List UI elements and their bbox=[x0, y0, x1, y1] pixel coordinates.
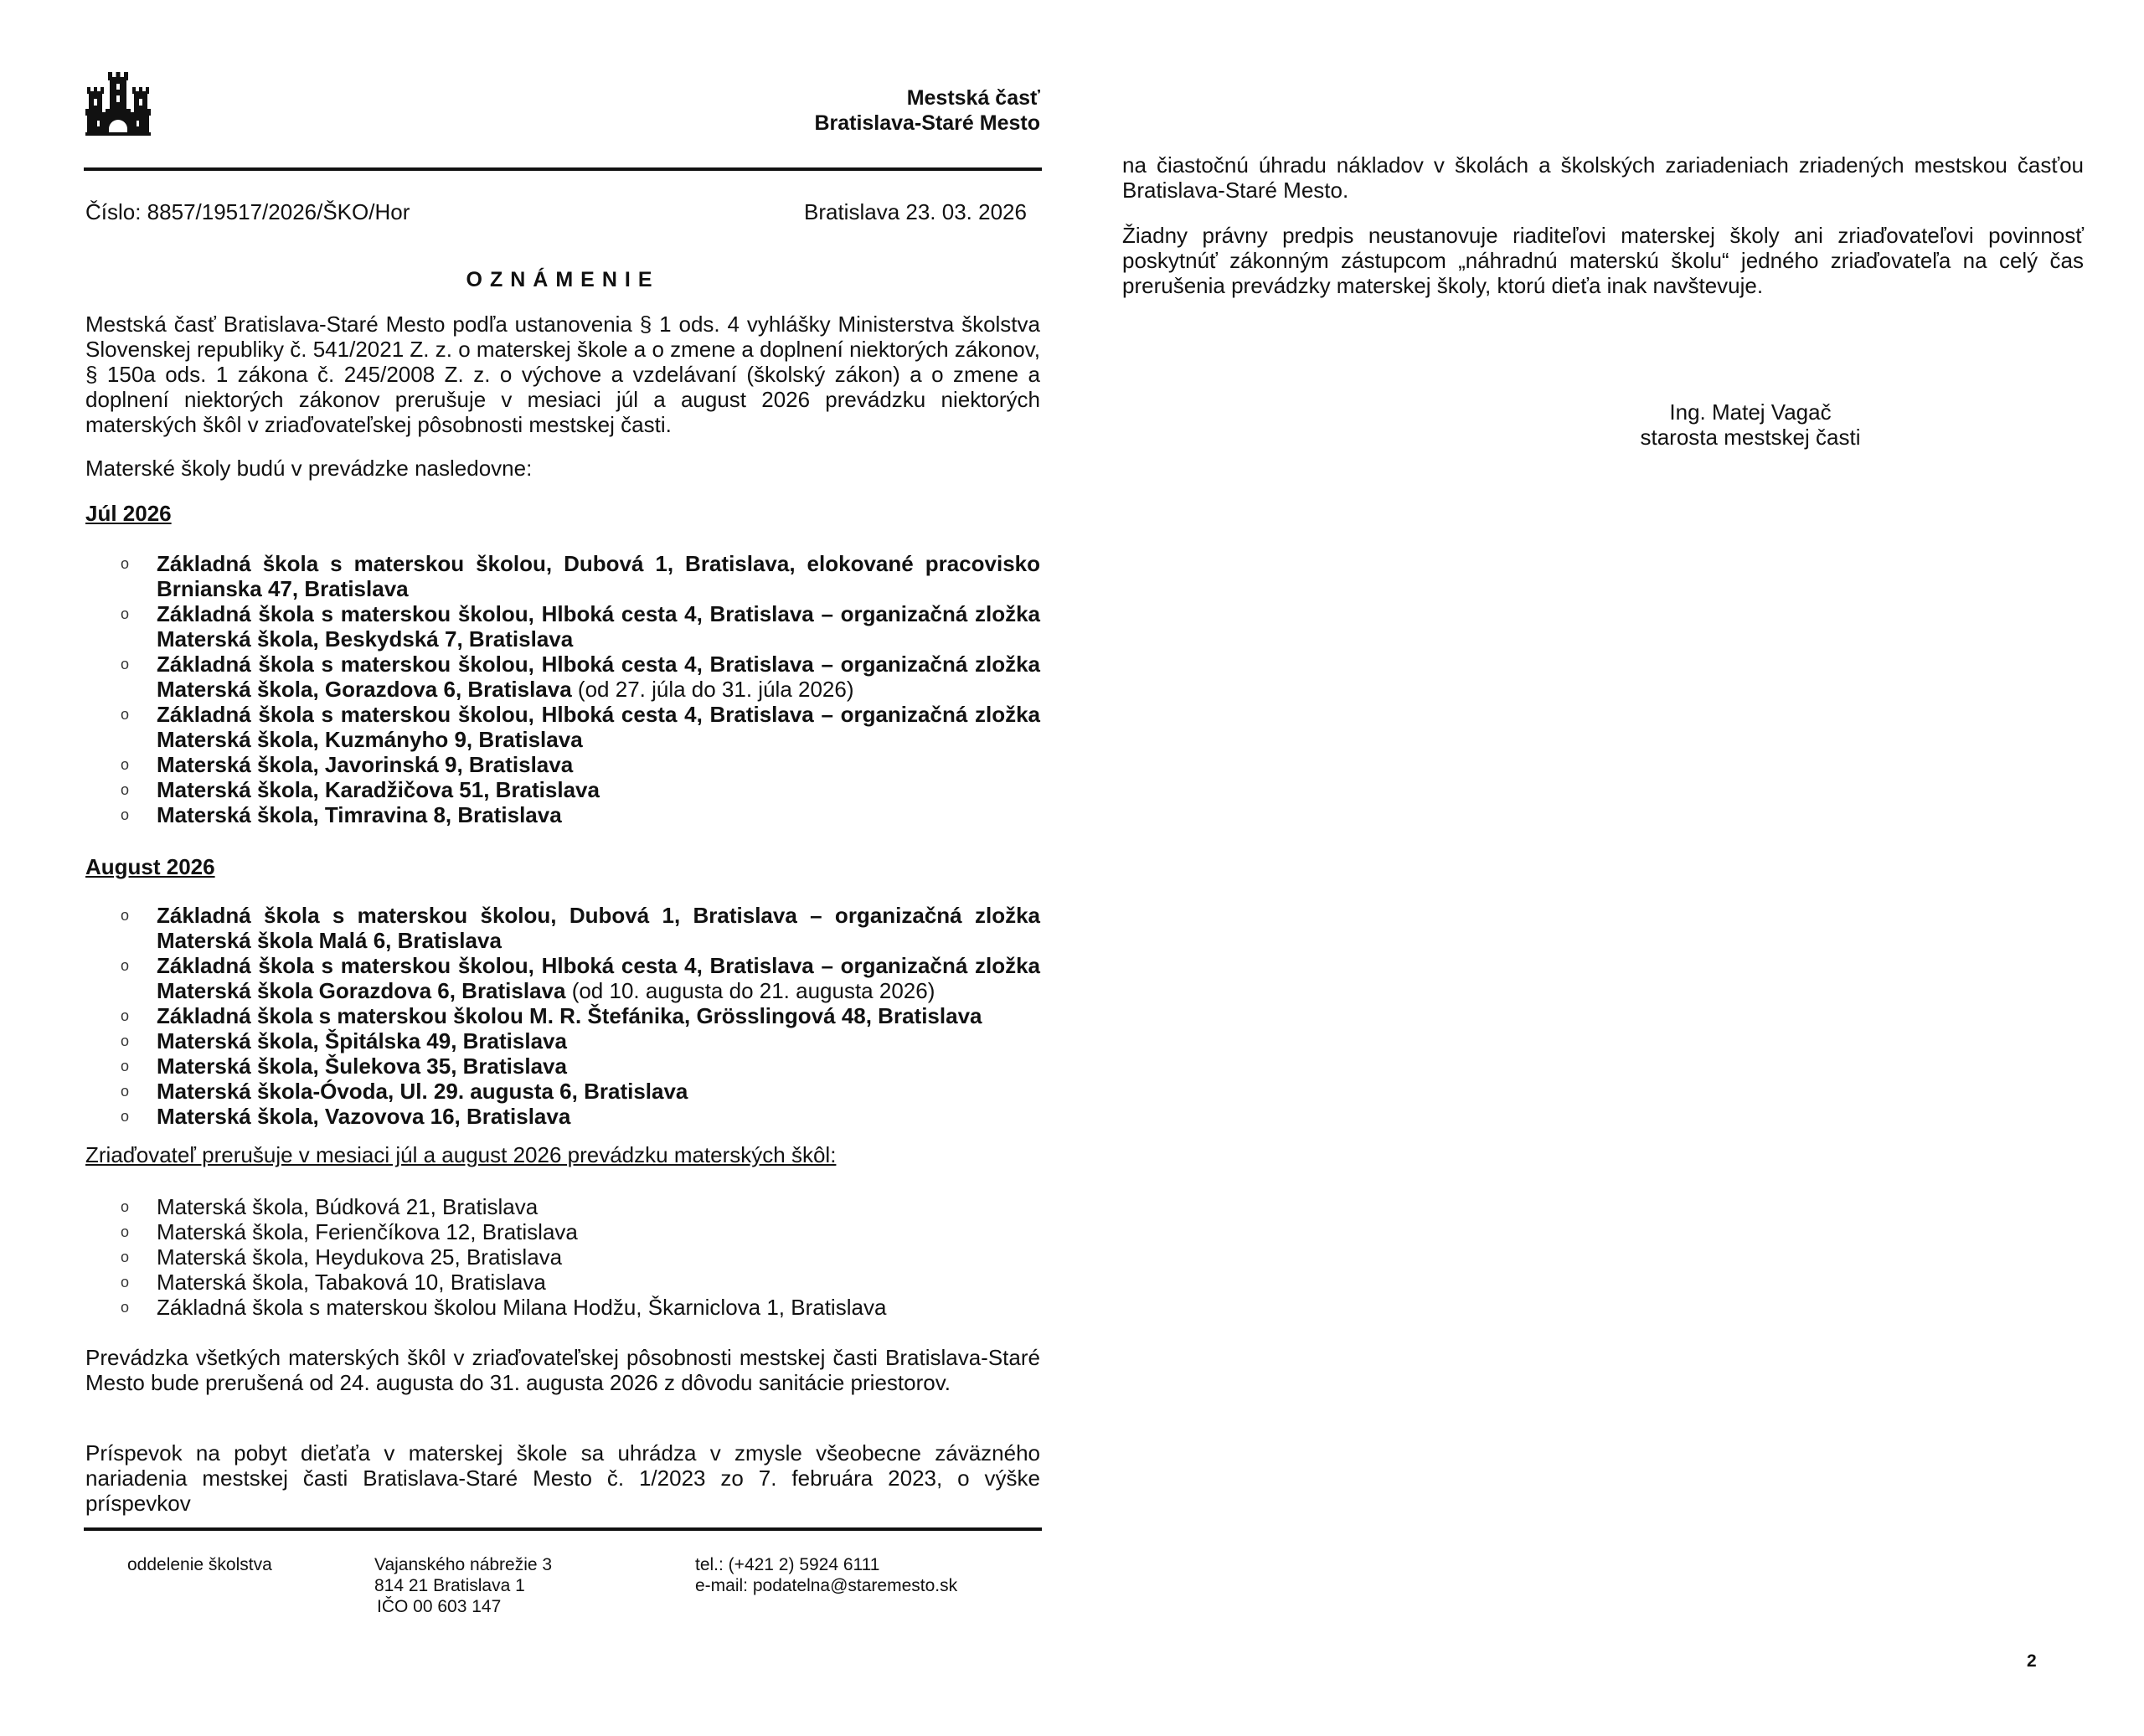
august-school-list: oZákladná škola s materskou školou, Dubo… bbox=[85, 903, 1040, 1129]
footer-ico: IČO 00 603 147 bbox=[374, 1596, 552, 1617]
section-heading-july: Júl 2026 bbox=[85, 501, 172, 527]
footer-divider bbox=[84, 1527, 1042, 1531]
castle-icon bbox=[84, 70, 152, 136]
list-item: oMaterská škola, Karadžičova 51, Bratisl… bbox=[85, 777, 1040, 802]
school-name: Materská škola, Tabaková 10, Bratislava bbox=[157, 1270, 546, 1295]
school-name: Materská škola, Javorinská 9, Bratislava bbox=[157, 752, 573, 777]
organization-name: Mestská časť Bratislava-Staré Mesto bbox=[814, 85, 1040, 136]
school-name: Materská škola, Karadžičova 51, Bratisla… bbox=[157, 777, 600, 802]
bullet-icon: o bbox=[121, 1104, 129, 1129]
date-range-note: (od 27. júla do 31. júla 2026) bbox=[572, 677, 854, 702]
bullet-icon: o bbox=[121, 777, 129, 802]
bullet-icon: o bbox=[121, 1244, 129, 1270]
bullet-icon: o bbox=[121, 752, 129, 777]
org-line-2: Bratislava-Staré Mesto bbox=[814, 111, 1040, 136]
signature-block: Ing. Matej Vagač starosta mestskej časti bbox=[1591, 399, 1909, 450]
bullet-icon: o bbox=[121, 702, 129, 727]
list-item: oMaterská škola, Tabaková 10, Bratislava bbox=[85, 1270, 1040, 1295]
bullet-icon: o bbox=[121, 652, 129, 677]
school-name: Materská škola, Ferienčíkova 12, Bratisl… bbox=[157, 1219, 578, 1244]
school-name: Základná škola s materskou školou, Dubov… bbox=[157, 903, 1040, 953]
list-item: oZákladná škola s materskou školou M. R.… bbox=[85, 1003, 1040, 1028]
bullet-icon: o bbox=[121, 1295, 129, 1320]
list-item: oMaterská škola, Heydukova 25, Bratislav… bbox=[85, 1244, 1040, 1270]
footer-email[interactable]: e-mail: podatelna@staremesto.sk bbox=[695, 1575, 957, 1596]
list-item: oZákladná škola s materskou školou, Dubo… bbox=[85, 551, 1040, 601]
list-item: oMaterská škola, Vazovova 16, Bratislava bbox=[85, 1104, 1040, 1129]
fee-paragraph-part2: na čiastočnú úhradu nákladov v školách a… bbox=[1122, 152, 2084, 203]
page-number: 2 bbox=[2027, 1651, 2037, 1672]
list-item: oZákladná škola s materskou školou, Dubo… bbox=[85, 903, 1040, 953]
july-school-list: oZákladná škola s materskou školou, Dubo… bbox=[85, 551, 1040, 827]
no-obligation-paragraph: Žiadny právny predpis neustanovuje riadi… bbox=[1122, 223, 2084, 298]
bullet-icon: o bbox=[121, 802, 129, 827]
school-name: Materská škola, Timravina 8, Bratislava bbox=[157, 802, 562, 827]
bullet-icon: o bbox=[121, 1028, 129, 1053]
sanitation-paragraph: Prevádzka všetkých materských škôl v zri… bbox=[85, 1345, 1040, 1395]
bullet-icon: o bbox=[121, 1270, 129, 1295]
bullet-icon: o bbox=[121, 1194, 129, 1219]
school-name: Materská škola, Špitálska 49, Bratislava bbox=[157, 1028, 567, 1053]
bullet-icon: o bbox=[121, 903, 129, 928]
list-item: oZákladná škola s materskou školou, Hlbo… bbox=[85, 601, 1040, 652]
list-item: oMaterská škola, Šulekova 35, Bratislava bbox=[85, 1053, 1040, 1079]
school-name: Základná škola s materskou školou M. R. … bbox=[157, 1003, 982, 1028]
footer-address: Vajanského nábrežie 3 814 21 Bratislava … bbox=[374, 1554, 552, 1617]
list-item: oMaterská škola, Timravina 8, Bratislava bbox=[85, 802, 1040, 827]
list-item: oZákladná škola s materskou školou, Hlbo… bbox=[85, 652, 1040, 702]
list-item: oZákladná škola s materskou školou, Hlbo… bbox=[85, 953, 1040, 1003]
bullet-icon: o bbox=[121, 1219, 129, 1244]
intro-paragraph: Mestská časť Bratislava-Staré Mesto podľ… bbox=[85, 312, 1040, 437]
footer-address-line2: 814 21 Bratislava 1 bbox=[374, 1575, 552, 1596]
bullet-icon: o bbox=[121, 1079, 129, 1104]
school-name: Materská škola, Vazovova 16, Bratislava bbox=[157, 1104, 570, 1129]
school-name: Materská škola, Búdková 21, Bratislava bbox=[157, 1194, 538, 1219]
operating-intro: Materské školy budú v prevádzke nasledov… bbox=[85, 456, 532, 482]
fee-paragraph-part1: Príspevok na pobyt dieťaťa v materskej š… bbox=[85, 1440, 1040, 1516]
school-name: Základná škola s materskou školou, Hlbok… bbox=[157, 601, 1040, 652]
footer-contact: tel.: (+421 2) 5924 6111 e-mail: podatel… bbox=[695, 1554, 957, 1596]
school-name: Základná škola s materskou školou, Dubov… bbox=[157, 551, 1040, 601]
school-name: Základná škola s materskou školou Milana… bbox=[157, 1295, 886, 1320]
school-name: Základná škola s materskou školou, Hlbok… bbox=[157, 702, 1040, 752]
list-item: oZákladná škola s materskou školou, Hlbo… bbox=[85, 702, 1040, 752]
date-range-note: (od 10. augusta do 21. augusta 2026) bbox=[565, 978, 935, 1003]
closed-school-list: oMaterská škola, Búdková 21, Bratislavao… bbox=[85, 1194, 1040, 1320]
reference-number: Číslo: 8857/19517/2026/ŠKO/Hor bbox=[85, 199, 410, 225]
signatory-name: Ing. Matej Vagač bbox=[1591, 399, 1909, 425]
section-heading-closed: Zriaďovateľ prerušuje v mesiaci júl a au… bbox=[85, 1142, 836, 1168]
bullet-icon: o bbox=[121, 1053, 129, 1079]
footer-phone: tel.: (+421 2) 5924 6111 bbox=[695, 1554, 957, 1575]
bullet-icon: o bbox=[121, 601, 129, 626]
signatory-role: starosta mestskej časti bbox=[1591, 425, 1909, 450]
school-name: Materská škola, Heydukova 25, Bratislava bbox=[157, 1244, 562, 1270]
org-line-1: Mestská časť bbox=[814, 85, 1040, 111]
footer-address-line1: Vajanského nábrežie 3 bbox=[374, 1554, 552, 1575]
list-item: oMaterská škola, Búdková 21, Bratislava bbox=[85, 1194, 1040, 1219]
footer-department: oddelenie školstva bbox=[127, 1554, 272, 1575]
bullet-icon: o bbox=[121, 953, 129, 978]
bullet-icon: o bbox=[121, 1003, 129, 1028]
list-item: oMaterská škola, Javorinská 9, Bratislav… bbox=[85, 752, 1040, 777]
section-heading-august: August 2026 bbox=[85, 854, 215, 880]
school-name: Materská škola-Óvoda, Ul. 29. augusta 6,… bbox=[157, 1079, 688, 1104]
school-name: Materská škola, Šulekova 35, Bratislava bbox=[157, 1053, 567, 1079]
document-date: Bratislava 23. 03. 2026 bbox=[804, 199, 1027, 225]
list-item: oMaterská škola-Óvoda, Ul. 29. augusta 6… bbox=[85, 1079, 1040, 1104]
list-item: oMaterská škola, Ferienčíkova 12, Bratis… bbox=[85, 1219, 1040, 1244]
bullet-icon: o bbox=[121, 551, 129, 576]
document-title: OZNÁMENIE bbox=[84, 268, 1042, 292]
header-divider bbox=[84, 167, 1042, 171]
list-item: oMaterská škola, Špitálska 49, Bratislav… bbox=[85, 1028, 1040, 1053]
list-item: oZákladná škola s materskou školou Milan… bbox=[85, 1295, 1040, 1320]
